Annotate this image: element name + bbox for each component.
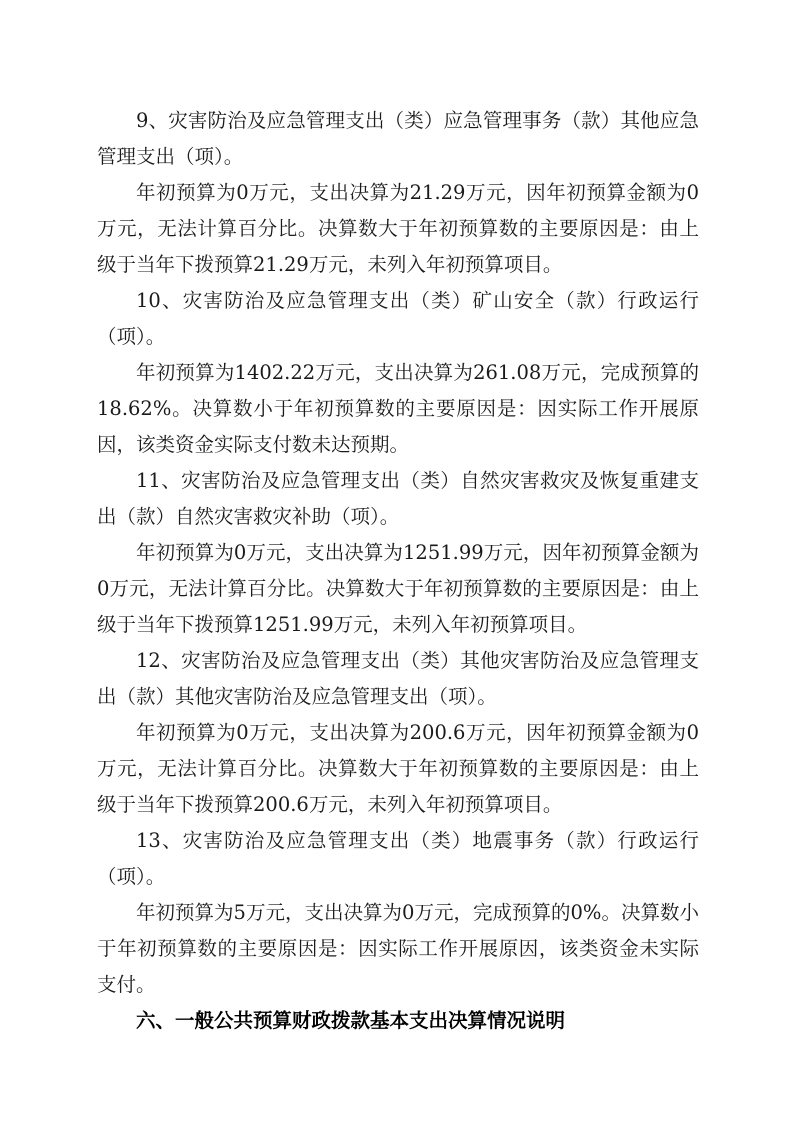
item-11-body: 年初预算为0万元，支出决算为1251.99万元，因年初预算金额为0万元，无法计算…	[97, 535, 699, 643]
section-heading: 六、一般公共预算财政拨款基本支出决算情况说明	[97, 1003, 699, 1039]
item-11-title: 11、灾害防治及应急管理支出（类）自然灾害救灾及恢复重建支出（款）自然灾害救灾补…	[97, 463, 699, 535]
item-9-body: 年初预算为0万元，支出决算为21.29万元，因年初预算金额为0万元，无法计算百分…	[97, 175, 699, 283]
item-10-title: 10、灾害防治及应急管理支出（类）矿山安全（款）行政运行（项）。	[97, 283, 699, 355]
item-12-title: 12、灾害防治及应急管理支出（类）其他灾害防治及应急管理支出（款）其他灾害防治及…	[97, 643, 699, 715]
item-9-title: 9、灾害防治及应急管理支出（类）应急管理事务（款）其他应急管理支出（项）。	[97, 103, 699, 175]
item-13-title: 13、灾害防治及应急管理支出（类）地震事务（款）行政运行（项）。	[97, 823, 699, 895]
item-13-body: 年初预算为5万元，支出决算为0万元，完成预算的0%。决算数小于年初预算数的主要原…	[97, 895, 699, 1003]
item-12-body: 年初预算为0万元，支出决算为200.6万元，因年初预算金额为0万元，无法计算百分…	[97, 715, 699, 823]
document-page: 9、灾害防治及应急管理支出（类）应急管理事务（款）其他应急管理支出（项）。 年初…	[97, 103, 699, 1039]
item-10-body: 年初预算为1402.22万元，支出决算为261.08万元，完成预算的18.62%…	[97, 355, 699, 463]
